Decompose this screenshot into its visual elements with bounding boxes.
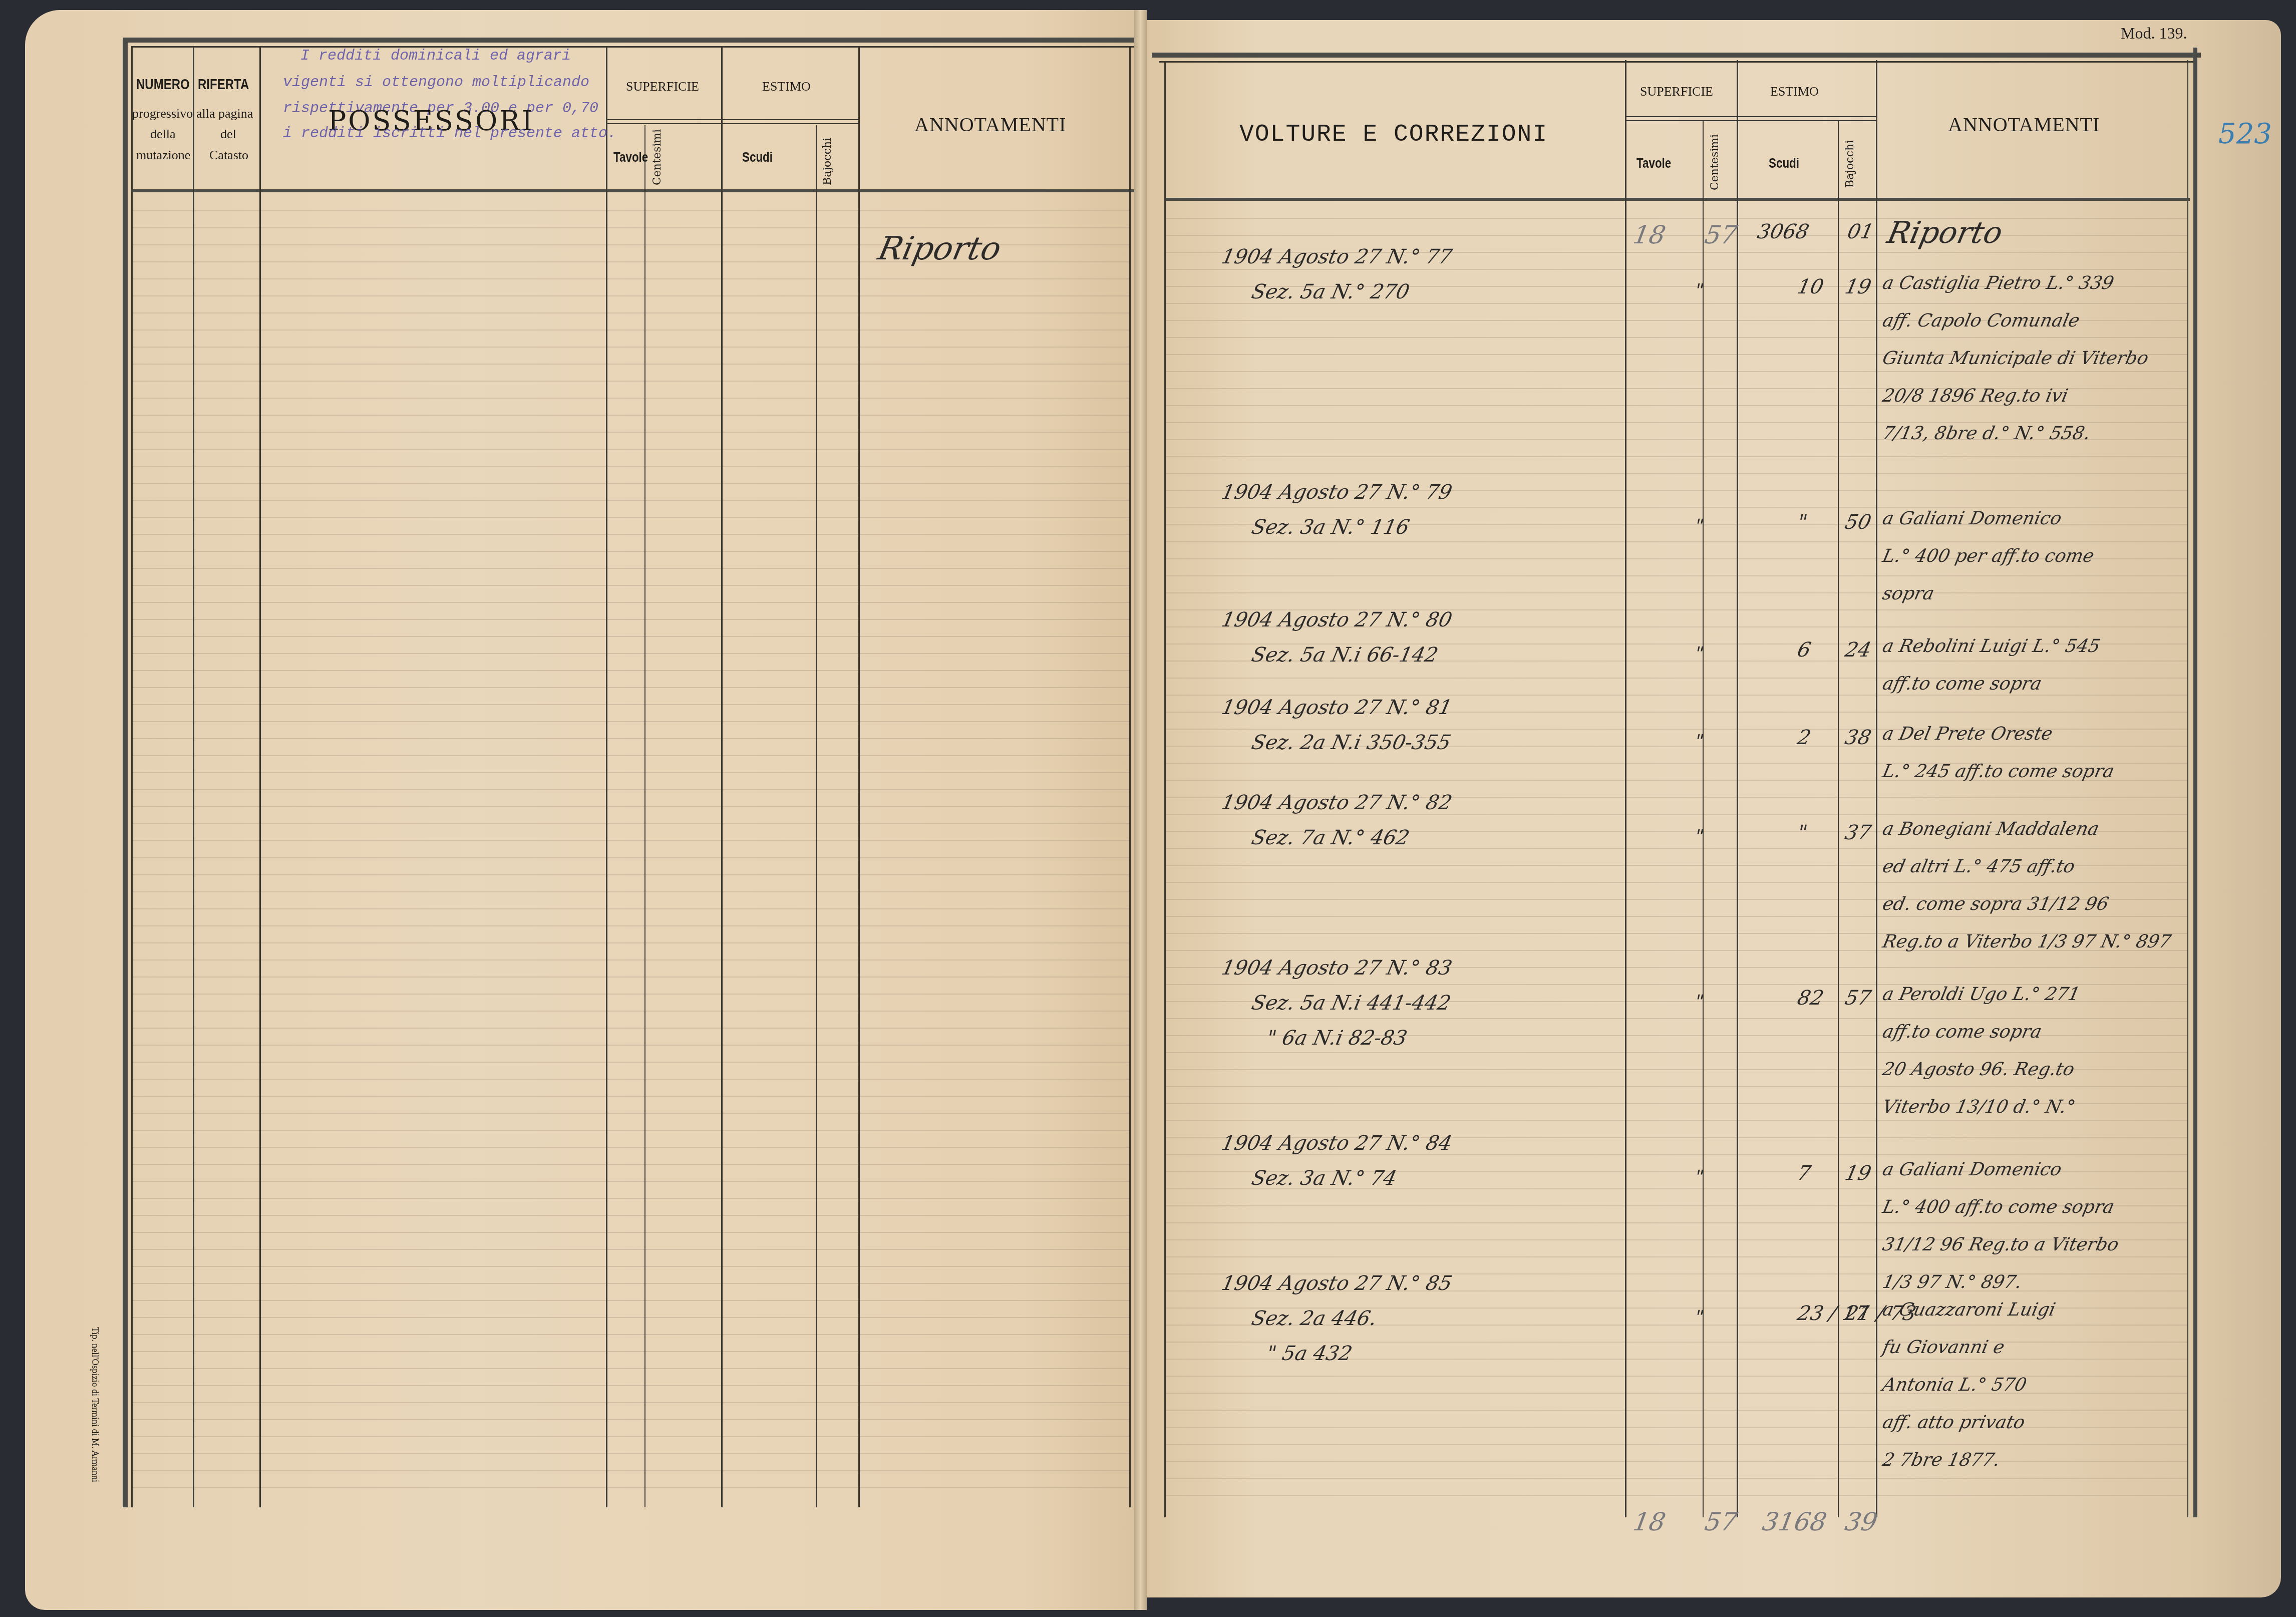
entry-note-line: 1/3 97 N.° 897. [1881,1272,2024,1292]
ruled-line [133,1300,1129,1301]
ruled-line [133,755,1129,756]
left-header-bottom [131,189,1134,192]
entry-bajocchi: 57 [1843,987,1873,1010]
ruled-line [133,1130,1129,1131]
entry-note-line: a Del Prete Oreste [1881,724,2055,744]
entry-section: Sez. 2a 446. [1249,1307,1379,1330]
ruled-line [1166,1120,2187,1121]
ruled-line [133,381,1129,382]
header-volture-correzioni: VOLTURE E CORREZIONI [1239,121,1548,148]
ruled-line [1166,473,2187,474]
entry-note-line: aff.to come sopra [1881,674,2044,694]
entry-note-line: a Galiani Domenico [1881,1159,2064,1180]
entry-note-line: a Galiani Domenico [1881,508,2064,529]
ruled-line [133,1147,1129,1148]
entry-section: Sez. 5a N.° 270 [1249,280,1412,303]
ruled-line [133,687,1129,688]
ruled-line [133,1283,1129,1284]
entry-note-line: L.° 400 aff.to come sopra [1881,1197,2116,1217]
entry-date: 1904 Agosto 27 N.° 80 [1219,608,1454,631]
ruled-line [133,1317,1129,1318]
ruled-line [133,874,1129,875]
right-frame-left [1164,63,1166,1517]
ruled-line [133,1164,1129,1165]
entry-note-line: Viterbo 13/10 d.° N.° [1881,1097,2078,1117]
ruled-line [133,415,1129,416]
ruled-line [133,1215,1129,1216]
header-riferta-sub-1: alla pagina [196,106,253,121]
ruled-line [133,942,1129,943]
entry-note-line: L.° 400 per aff.to come [1881,546,2096,566]
ruled-line [1166,1461,2187,1462]
entry-bajocchi: 19 [1843,1162,1873,1185]
right-frame-top [1152,53,2201,58]
ruled-line [133,925,1129,926]
entry-section: Sez. 3a N.° 116 [1249,516,1412,539]
ruled-line [133,670,1129,671]
ruled-line [133,1487,1129,1488]
entry-section: Sez. 5a N.i 441-442 [1249,992,1453,1015]
ruled-line [133,449,1129,450]
entry-section-extra: " 5a 432 [1264,1342,1354,1365]
book-gutter [1134,10,1147,1610]
ruled-line [133,857,1129,858]
riporto-right: Riporto [1884,215,2006,250]
entry-section: Sez. 2a N.i 350-355 [1249,731,1453,754]
header-riferta-sub-2: del [220,127,236,142]
ruled-line [133,1181,1129,1182]
right-header-bottom [1166,198,2190,201]
total-bajocchi: 39 [1843,1507,1880,1536]
header-annotamenti-left: ANNOTAMENTI [914,113,1066,136]
entry-note-line: a Guazzaroni Luigi [1881,1300,2058,1320]
ruled-line [133,1062,1129,1063]
header-bajocchi-right: Bajocchi [1844,140,1856,188]
entry-note-line: 31/12 96 Reg.to a Viterbo [1881,1234,2121,1255]
entry-scudi: 10 [1795,275,1826,298]
ruled-line [133,738,1129,739]
carried-centesimi: 57 [1703,220,1740,249]
ruled-line [1166,456,2187,457]
left-frame-left [123,38,128,1507]
ruled-line [133,1045,1129,1046]
printer-note: Tip. nell'Ospizio di Termini di M. Arman… [90,1327,100,1482]
header-centesimi-right: Centesimi [1709,134,1721,190]
ruled-line [1166,916,2187,917]
header-bajocchi: Bajocchi [821,138,834,185]
entry-note-line: fu Giovanni e [1881,1337,2007,1358]
ruled-line [133,806,1129,807]
entry-note-line: 20 Agosto 96. Reg.to [1881,1059,2076,1080]
ruled-line [133,1368,1129,1369]
ruled-line [133,1470,1129,1471]
ruled-line [133,1028,1129,1029]
header-numero-sub-1: progressivo [132,106,193,121]
header-annotamenti-right: ANNOTAMENTI [1948,113,2100,136]
header-scudi-right: Scudi [1769,155,1799,171]
ruled-line [1166,235,2187,236]
header-numero-sub-2: della [150,127,176,142]
entry-note-line: Antonia L.° 570 [1881,1375,2029,1395]
ruled-line [133,721,1129,722]
ruled-line [1166,269,2187,270]
ruled-line [133,432,1129,433]
entry-note-line: 7/13, 8bre d.° N.° 558. [1881,423,2093,444]
ruled-line [133,466,1129,467]
total-centesimi: 57 [1703,1507,1740,1536]
ruled-line [133,1419,1129,1420]
ruled-line [133,585,1129,586]
entry-note-line: a Bonegiani Maddalena [1881,819,2101,839]
ruled-line [133,1436,1129,1437]
ruled-line [133,1198,1129,1199]
ruled-line [133,908,1129,909]
ruled-line [133,295,1129,296]
ruled-line [133,551,1129,552]
ruled-line [1166,218,2187,219]
ruled-line [133,823,1129,824]
stamp-line-2: vigenti si ottengono moltiplicando [283,74,589,91]
ruled-line [133,1079,1129,1080]
entry-note-line: L.° 245 aff.to come sopra [1881,761,2116,782]
header-estimo-right: ESTIMO [1770,84,1819,99]
entry-bajocchi: 37 [1843,821,1873,844]
ruled-line [133,772,1129,773]
ruled-line [133,602,1129,603]
ruled-line [133,977,1129,978]
ruled-line [133,1096,1129,1097]
ruled-line [1166,1495,2187,1496]
ruled-line [133,891,1129,892]
ruled-line [133,1011,1129,1012]
ruled-line [133,1249,1129,1250]
entry-date: 1904 Agosto 27 N.° 82 [1219,791,1454,814]
entry-note-line: 2 7bre 1877. [1881,1450,2002,1470]
entry-note-line: ed altri L.° 475 aff.to [1881,856,2077,877]
stamp-line-1: I redditi dominicali ed agrari [300,48,571,65]
ruled-line [1166,695,2187,696]
ruled-line [133,1453,1129,1454]
ruled-line [1166,1018,2187,1019]
archive-number: 523 [2218,118,2272,150]
ruled-line [133,398,1129,399]
header-centesimi: Centesimi [651,129,664,185]
ruled-line [1166,1410,2187,1411]
entry-note-line: Giunta Municipale di Viterbo [1881,348,2151,369]
stamp-line-4: i redditi iscritti nel presente atto. [283,125,616,142]
ruled-line [133,500,1129,501]
entry-bajocchi: 24 [1843,638,1873,662]
ruled-line [133,278,1129,279]
header-tavole-right: Tavole [1636,155,1671,171]
entry-scudi: 82 [1795,987,1826,1010]
header-estimo: ESTIMO [762,79,811,94]
ruled-line [133,636,1129,637]
ruled-line [133,568,1129,569]
riporto-left: Riporto [875,230,1005,267]
left-frame-top [125,38,1134,43]
entry-date: 1904 Agosto 27 N.° 79 [1219,481,1454,504]
ruled-line [133,1266,1129,1267]
ruled-line [133,653,1129,654]
ruled-line [1166,1376,2187,1377]
ruled-line [133,1402,1129,1403]
ruled-line [133,1351,1129,1352]
entry-note-line: aff. atto privato [1881,1412,2027,1433]
form-id: Mod. 139. [2121,24,2187,43]
total-tavole: 18 [1631,1507,1668,1536]
carried-tavole: 18 [1631,220,1668,249]
ruled-line [1166,882,2187,883]
entry-note-line: sopra [1881,583,1936,604]
entry-note-line: Reg.to a Viterbo 1/3 97 N.° 897 [1881,931,2173,952]
entry-section: Sez. 3a N.° 74 [1249,1167,1399,1190]
ruled-line [133,517,1129,518]
ruled-line [1166,371,2187,372]
carried-scudi: 3068 [1755,220,1811,243]
ruled-line [1166,1427,2187,1428]
entry-section: Sez. 7a N.° 462 [1249,826,1412,849]
ruled-line [1166,592,2187,593]
ruled-line [1166,337,2187,338]
entry-date: 1904 Agosto 27 N.° 83 [1219,956,1454,980]
header-numero-sub-3: mutazione [136,148,190,163]
ruled-line [1166,1222,2187,1223]
ruled-line [133,994,1129,995]
ruled-line [1166,1256,2187,1257]
ruled-line [1166,1393,2187,1394]
entry-bajocchi: 50 [1843,511,1873,534]
ruled-line [133,227,1129,228]
entry-note-line: a Rebolini Luigi L.° 545 [1881,636,2102,657]
header-riferta: RIFERTA [198,76,249,93]
ruled-line [133,1334,1129,1335]
header-tavole: Tavole [613,149,648,165]
carried-bajocchi: 01 [1845,220,1876,243]
ruled-line [133,619,1129,620]
entry-note-line: aff. Capolo Comunale [1881,310,2082,331]
entry-date: 1904 Agosto 27 N.° 81 [1219,696,1454,719]
header-superficie-right: SUPERFICIE [1640,84,1713,99]
total-scudi: 3168 [1760,1507,1829,1536]
entry-date: 1904 Agosto 27 N.° 85 [1219,1272,1454,1295]
ruled-line [133,312,1129,313]
ruled-line [1166,541,2187,542]
header-riferta-sub-3: Catasto [209,148,248,163]
ruled-line [133,210,1129,211]
ruled-line [1166,1052,2187,1053]
ruled-line [133,704,1129,705]
ruled-line [133,534,1129,535]
ruled-line [1166,575,2187,576]
ruled-line [133,1232,1129,1233]
header-numero: NUMERO [136,76,190,93]
ruled-line [133,347,1129,348]
ruled-line [133,840,1129,841]
ruled-line [133,364,1129,365]
right-frame-right [2193,48,2197,1517]
entry-date: 1904 Agosto 27 N.° 77 [1219,245,1454,268]
entry-note-line: aff.to come sopra [1881,1022,2044,1042]
ruled-line [133,1385,1129,1386]
entry-section-extra: " 6a N.i 82-83 [1264,1027,1409,1050]
ruled-line [133,1113,1129,1114]
header-superficie: SUPERFICIE [626,79,699,94]
entry-date: 1904 Agosto 27 N.° 84 [1219,1132,1454,1155]
entry-bajocchi: 19 [1843,275,1873,298]
ruled-line [1166,1086,2187,1087]
entry-note-line: a Castiglia Pietro L.° 339 [1881,273,2116,293]
ruled-line [133,959,1129,960]
ruled-line [133,789,1129,790]
entry-note-line: 20/8 1896 Reg.to ivi [1881,386,2070,406]
ruled-line [1166,1478,2187,1479]
entry-note-line: ed. come sopra 31/12 96 [1881,894,2111,914]
entry-section: Sez. 5a N.i 66-142 [1249,643,1440,667]
ruled-line [133,483,1129,484]
header-scudi: Scudi [742,149,773,165]
ruled-line [133,330,1129,331]
ruled-line [1166,1444,2187,1445]
entry-bajocchi: 38 [1843,726,1873,749]
entry-note-line: a Peroldi Ugo L.° 271 [1881,984,2082,1005]
